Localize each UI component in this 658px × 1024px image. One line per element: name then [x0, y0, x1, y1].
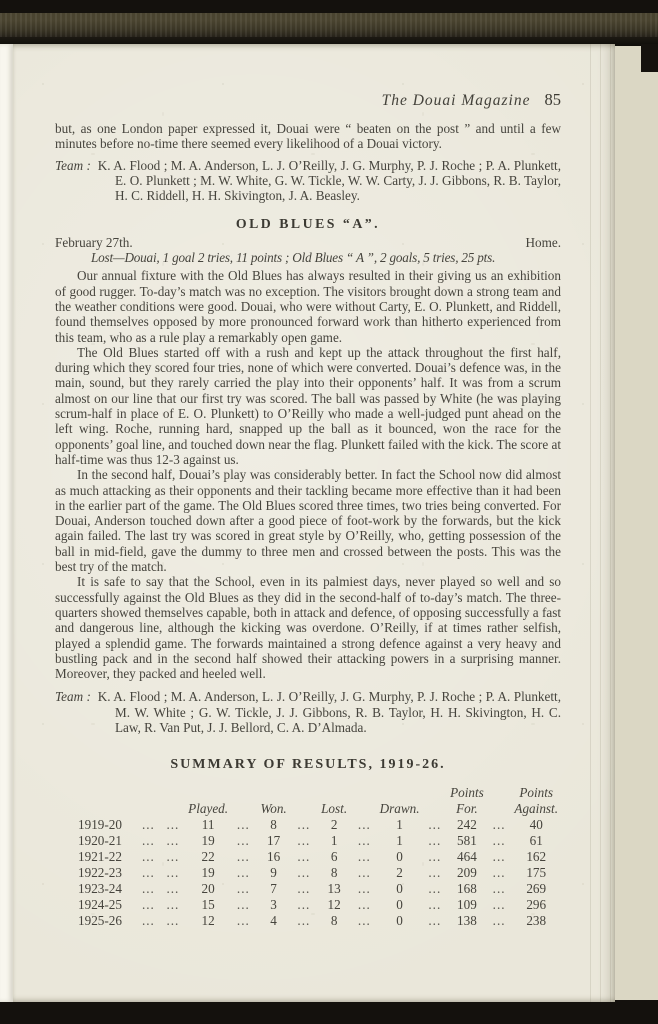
dot-leader: ... [423, 881, 448, 897]
season-cell: 1924-25 [75, 897, 136, 913]
value-cell: 3 [256, 897, 292, 913]
col-header-lost: Lost. [316, 801, 352, 817]
points-against-label: Points [511, 785, 561, 801]
dot-leader: ... [231, 881, 256, 897]
value-cell: 6 [316, 849, 352, 865]
dot-leader: ... [487, 849, 512, 865]
dot-leader: ... [231, 849, 256, 865]
dot-leader: ... [231, 913, 256, 929]
page-body: but, as one London paper expressed it, D… [55, 121, 561, 929]
date-venue-line: February 27th. Home. [55, 235, 561, 250]
value-cell: 15 [185, 897, 231, 913]
dot-leader: ... [352, 817, 377, 833]
report-paragraph-4: It is safe to say that the School, even … [55, 574, 561, 681]
value-cell: 175 [511, 865, 561, 881]
value-cell: 8 [256, 817, 292, 833]
dot-leader: ... [423, 849, 448, 865]
value-cell: 1 [316, 833, 352, 849]
col-header-drawn: Drawn. [377, 801, 423, 817]
dot-leader: ... [136, 881, 161, 897]
summary-row: 1921-22......22...16...6...0...464...162 [75, 849, 561, 865]
value-cell: 2 [377, 865, 423, 881]
team-players: K. A. Flood ; M. A. Anderson, L. J. O’Re… [98, 689, 561, 735]
summary-row: 1924-25......15...3...12...0...109...296 [75, 897, 561, 913]
page-number: 85 [545, 90, 562, 110]
dot-leader: ... [231, 833, 256, 849]
match-date: February 27th. [55, 235, 133, 250]
value-cell: 0 [377, 849, 423, 865]
match-venue: Home. [525, 235, 561, 250]
value-cell: 9 [256, 865, 292, 881]
dot-leader: ... [136, 849, 161, 865]
book-binding-top [0, 0, 658, 46]
dot-leader: ... [487, 913, 512, 929]
dot-leader: ... [487, 833, 512, 849]
season-cell: 1923-24 [75, 881, 136, 897]
value-cell: 138 [447, 913, 487, 929]
team-label: Team : [55, 689, 91, 704]
value-cell: 2 [316, 817, 352, 833]
summary-row: 1925-26......12...4...8...0...138...238 [75, 913, 561, 929]
value-cell: 242 [447, 817, 487, 833]
value-cell: 8 [316, 865, 352, 881]
value-cell: 13 [316, 881, 352, 897]
dot-leader: ... [161, 897, 186, 913]
speckled-fore-edge [614, 46, 658, 1000]
dot-leader: ... [161, 849, 186, 865]
dot-leader: ... [487, 881, 512, 897]
dot-leader: ... [231, 897, 256, 913]
dot-leader: ... [161, 913, 186, 929]
dot-leader: ... [423, 913, 448, 929]
dot-leader: ... [292, 881, 317, 897]
col-header-played: Played. [185, 801, 231, 817]
summary-header-points-row: Points Points [75, 785, 561, 801]
value-cell: 0 [377, 897, 423, 913]
col-header-won: Won. [256, 801, 292, 817]
binding-cloth-edge [0, 13, 658, 37]
magazine-title: The Douai Magazine [382, 92, 531, 110]
dot-leader: ... [136, 913, 161, 929]
dot-leader: ... [136, 817, 161, 833]
dot-leader: ... [161, 881, 186, 897]
dot-leader: ... [352, 897, 377, 913]
team-list-second: Team : K. A. Flood ; M. A. Anderson, L. … [55, 689, 561, 735]
value-cell: 8 [316, 913, 352, 929]
dot-leader: ... [292, 913, 317, 929]
team-label: Team : [55, 158, 91, 173]
col-header-against: Against. [511, 801, 561, 817]
season-cell: 1919-20 [75, 817, 136, 833]
intro-paragraph: but, as one London paper expressed it, D… [55, 121, 561, 152]
value-cell: 4 [256, 913, 292, 929]
summary-table: Points Points Played. Won. Lost. Drawn. … [75, 785, 561, 929]
dot-leader: ... [231, 817, 256, 833]
dot-leader: ... [423, 897, 448, 913]
value-cell: 464 [447, 849, 487, 865]
summary-row: 1922-23......19...9...8...2...209...175 [75, 865, 561, 881]
dot-leader: ... [136, 897, 161, 913]
summary-row: 1923-24......20...7...13...0...168...269 [75, 881, 561, 897]
dot-leader: ... [423, 833, 448, 849]
dot-leader: ... [352, 913, 377, 929]
value-cell: 7 [256, 881, 292, 897]
dot-leader: ... [487, 897, 512, 913]
value-cell: 40 [511, 817, 561, 833]
binding-corner [641, 44, 658, 72]
dot-leader: ... [161, 833, 186, 849]
underlying-page-edge [0, 44, 14, 1002]
running-head: The Douai Magazine 85 [55, 90, 561, 110]
value-cell: 269 [511, 881, 561, 897]
report-paragraph-3: In the second half, Douai’s play was con… [55, 467, 561, 574]
report-paragraph-1: Our annual fixture with the Old Blues ha… [55, 268, 561, 344]
book-scan: The Douai Magazine 85 but, as one London… [0, 0, 658, 1024]
value-cell: 61 [511, 833, 561, 849]
dot-leader: ... [136, 865, 161, 881]
dot-leader: ... [292, 817, 317, 833]
value-cell: 109 [447, 897, 487, 913]
summary-row: 1920-21......19...17...1...1...581...61 [75, 833, 561, 849]
dot-leader: ... [292, 833, 317, 849]
dot-leader: ... [161, 865, 186, 881]
value-cell: 12 [316, 897, 352, 913]
value-cell: 22 [185, 849, 231, 865]
value-cell: 238 [511, 913, 561, 929]
value-cell: 168 [447, 881, 487, 897]
dot-leader: ... [352, 881, 377, 897]
value-cell: 296 [511, 897, 561, 913]
value-cell: 19 [185, 833, 231, 849]
season-cell: 1922-23 [75, 865, 136, 881]
dot-leader: ... [292, 849, 317, 865]
col-header-for: For. [447, 801, 487, 817]
dot-leader: ... [487, 817, 512, 833]
value-cell: 0 [377, 913, 423, 929]
dot-leader: ... [292, 897, 317, 913]
team-players: K. A. Flood ; M. A. Anderson, L. J. O’Re… [98, 158, 561, 204]
season-cell: 1925-26 [75, 913, 136, 929]
season-cell: 1920-21 [75, 833, 136, 849]
dot-leader: ... [352, 849, 377, 865]
dot-leader: ... [352, 865, 377, 881]
summary-heading: SUMMARY OF RESULTS, 1919-26. [55, 757, 561, 772]
summary-row: 1919-20......11...8...2...1...242...40 [75, 817, 561, 833]
summary-header-row: Played. Won. Lost. Drawn. For. Against. [75, 801, 561, 817]
value-cell: 0 [377, 881, 423, 897]
value-cell: 1 [377, 833, 423, 849]
match-result-line: Lost—Douai, 1 goal 2 tries, 11 points ; … [55, 250, 561, 265]
magazine-page: The Douai Magazine 85 but, as one London… [13, 44, 615, 1002]
dot-leader: ... [136, 833, 161, 849]
team-list-first: Team : K. A. Flood ; M. A. Anderson, L. … [55, 158, 561, 204]
report-paragraph-2: The Old Blues started off with a rush an… [55, 345, 561, 467]
value-cell: 581 [447, 833, 487, 849]
dot-leader: ... [423, 817, 448, 833]
summary-table-body: Points Points Played. Won. Lost. Drawn. … [75, 785, 561, 929]
value-cell: 17 [256, 833, 292, 849]
value-cell: 209 [447, 865, 487, 881]
value-cell: 12 [185, 913, 231, 929]
dot-leader: ... [161, 817, 186, 833]
value-cell: 162 [511, 849, 561, 865]
value-cell: 16 [256, 849, 292, 865]
value-cell: 11 [185, 817, 231, 833]
dot-leader: ... [231, 865, 256, 881]
points-for-label: Points [447, 785, 487, 801]
value-cell: 1 [377, 817, 423, 833]
dot-leader: ... [292, 865, 317, 881]
dot-leader: ... [352, 833, 377, 849]
season-cell: 1921-22 [75, 849, 136, 865]
dot-leader: ... [423, 865, 448, 881]
value-cell: 20 [185, 881, 231, 897]
value-cell: 19 [185, 865, 231, 881]
dot-leader: ... [487, 865, 512, 881]
match-heading: OLD BLUES “A”. [55, 216, 561, 231]
